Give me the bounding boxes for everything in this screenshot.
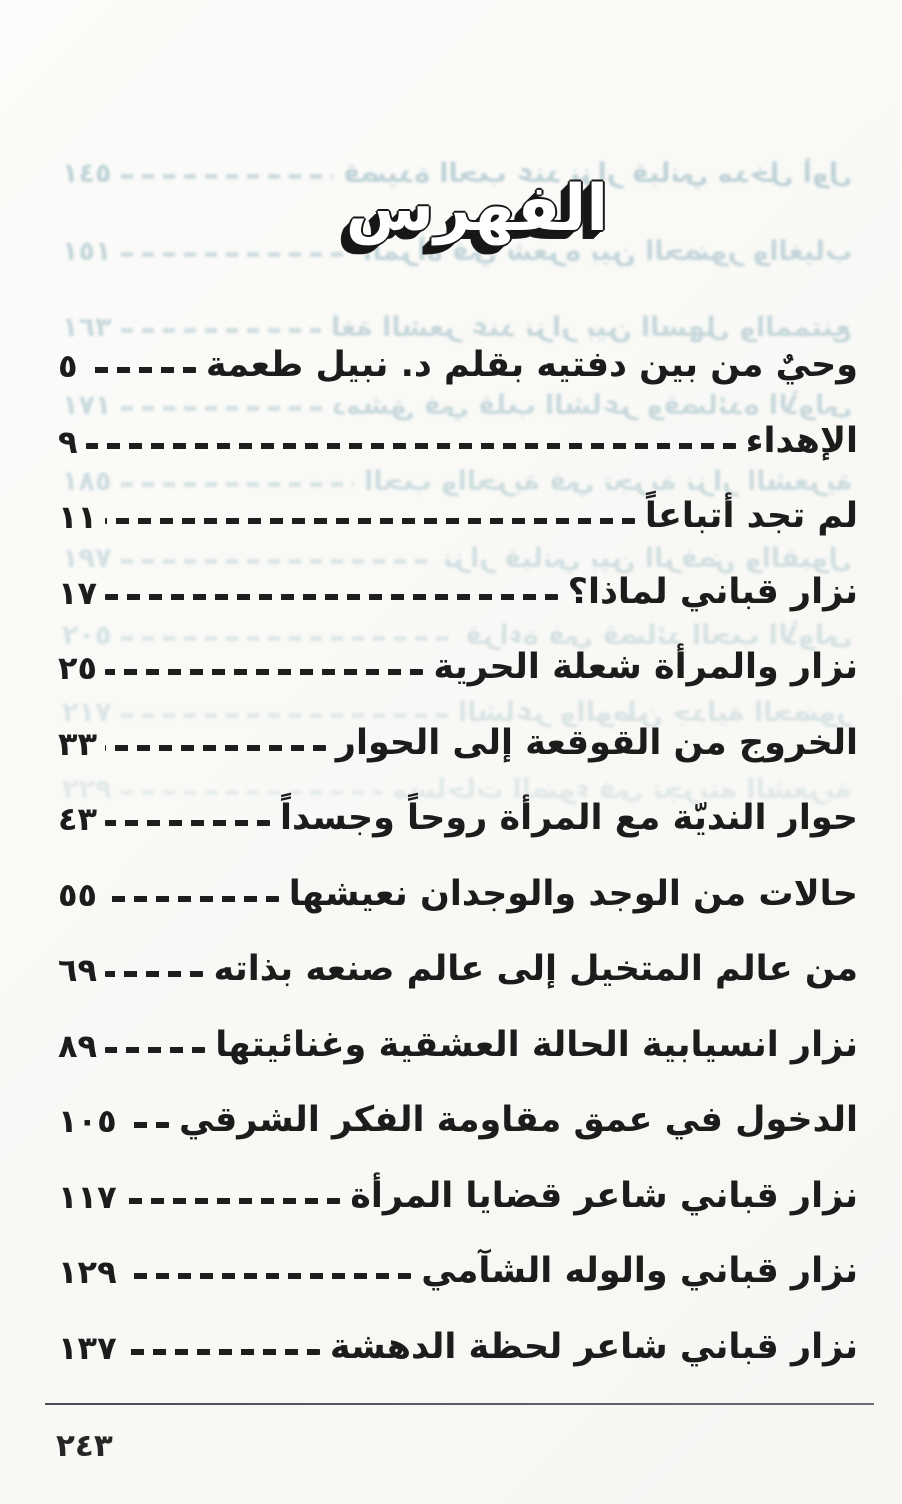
dash-leader — [105, 971, 203, 977]
dash-leader — [105, 896, 279, 902]
toc-entry-title: حوار النديّة مع المرأة روحاً وجسداً — [280, 798, 858, 838]
dash-leader — [105, 594, 558, 600]
dash-leader — [105, 820, 270, 826]
dash-leader — [125, 1349, 320, 1355]
toc-row: نزار قباني شاعر لحظة الدهشة ١٣٧ — [58, 1324, 858, 1370]
table-of-contents: وحيٌ من بين دفتيه بقلم د. نبيل طعمة ٥ ال… — [58, 342, 858, 1399]
bleed-dash-leader — [121, 328, 321, 333]
toc-entry-title: الخروج من القوقعة إلى الحوار — [336, 723, 858, 763]
toc-entry-title: الإهداء — [746, 421, 858, 461]
footer-rule — [45, 1403, 874, 1405]
toc-row: لم تجد أتباعاً ١١ — [58, 493, 858, 539]
dash-leader — [105, 518, 635, 524]
toc-entry-title: نزار قباني شاعر لحظة الدهشة — [330, 1327, 858, 1367]
toc-entry-page: ٢٥ — [58, 649, 97, 687]
toc-entry-page: ١٧ — [58, 574, 97, 612]
dash-leader — [105, 745, 326, 751]
toc-entry-title: حالات من الوجد والوجدان نعيشها — [289, 874, 858, 914]
bleed-through-line: ١٦٣ لغة الشعر عند نزار بين السهل والممتن… — [62, 312, 852, 343]
scanned-book-page: ١٤٥ قصيدة الحب عند نزار قباني مدخل أول ١… — [0, 0, 902, 1504]
toc-entry-page: ١١٧ — [58, 1178, 117, 1216]
toc-row: وحيٌ من بين دفتيه بقلم د. نبيل طعمة ٥ — [58, 342, 858, 388]
toc-entry-title: من عالم المتخيل إلى عالم صنعه بذاته — [213, 949, 858, 989]
toc-row: نزار قباني لماذا؟ ١٧ — [58, 569, 858, 615]
contents-heading: الفهرس — [346, 172, 608, 246]
bleed-page-number: ١٦٣ — [62, 312, 111, 343]
toc-row: من عالم المتخيل إلى عالم صنعه بذاته ٦٩ — [58, 946, 858, 992]
toc-row: نزار قباني شاعر قضايا المرأة ١١٧ — [58, 1173, 858, 1219]
toc-row: الدخول في عمق مقاومة الفكر الشرقي ١٠٥ — [58, 1097, 858, 1143]
toc-entry-page: ٦٩ — [58, 951, 97, 989]
toc-row: نزار قباني والوله الشآمي ١٢٩ — [58, 1248, 858, 1294]
toc-entry-page: ١١ — [58, 498, 97, 536]
dash-leader — [125, 1122, 169, 1128]
folio-page-number: ٢٤٣ — [56, 1428, 113, 1464]
toc-entry-page: ١٠٥ — [58, 1102, 117, 1140]
toc-entry-title: نزار والمرأة شعلة الحرية — [433, 647, 858, 687]
dash-leader — [105, 1047, 205, 1053]
toc-row: الإهداء ٩ — [58, 418, 858, 464]
dash-leader — [86, 367, 196, 373]
contents-heading-wrap: الفهرس — [0, 172, 902, 246]
toc-row: نزار انسيابية الحالة العشقية وغنائيتها ٨… — [58, 1022, 858, 1068]
toc-entry-page: ٨٩ — [58, 1027, 97, 1065]
toc-entry-page: ٩ — [58, 423, 78, 461]
toc-entry-page: ٥ — [58, 347, 78, 385]
dash-leader — [125, 1273, 412, 1279]
toc-entry-page: ٣٣ — [58, 725, 97, 763]
toc-row: حوار النديّة مع المرأة روحاً وجسداً ٤٣ — [58, 795, 858, 841]
toc-row: حالات من الوجد والوجدان نعيشها ٥٥ — [58, 871, 858, 917]
bleed-title-text: لغة الشعر عند نزار بين السهل والممتنع — [331, 312, 852, 343]
toc-entry-title: وحيٌ من بين دفتيه بقلم د. نبيل طعمة — [206, 345, 858, 385]
toc-entry-page: ٥٥ — [58, 876, 97, 914]
toc-entry-title: لم تجد أتباعاً — [645, 496, 858, 536]
toc-entry-page: ٤٣ — [58, 800, 97, 838]
toc-entry-title: نزار قباني والوله الشآمي — [421, 1251, 858, 1291]
dash-leader — [125, 1198, 341, 1204]
toc-row: نزار والمرأة شعلة الحرية ٢٥ — [58, 644, 858, 690]
toc-entry-title: نزار انسيابية الحالة العشقية وغنائيتها — [215, 1025, 858, 1065]
toc-entry-title: الدخول في عمق مقاومة الفكر الشرقي — [179, 1100, 858, 1140]
toc-entry-page: ١٢٩ — [58, 1253, 117, 1291]
toc-entry-page: ١٣٧ — [58, 1329, 117, 1367]
bleed-dash-leader — [121, 252, 352, 257]
dash-leader — [105, 669, 423, 675]
toc-entry-title: نزار قباني شاعر قضايا المرأة — [350, 1176, 858, 1216]
dash-leader — [86, 443, 736, 449]
toc-entry-title: نزار قباني لماذا؟ — [568, 572, 858, 612]
toc-row: الخروج من القوقعة إلى الحوار ٣٣ — [58, 720, 858, 766]
